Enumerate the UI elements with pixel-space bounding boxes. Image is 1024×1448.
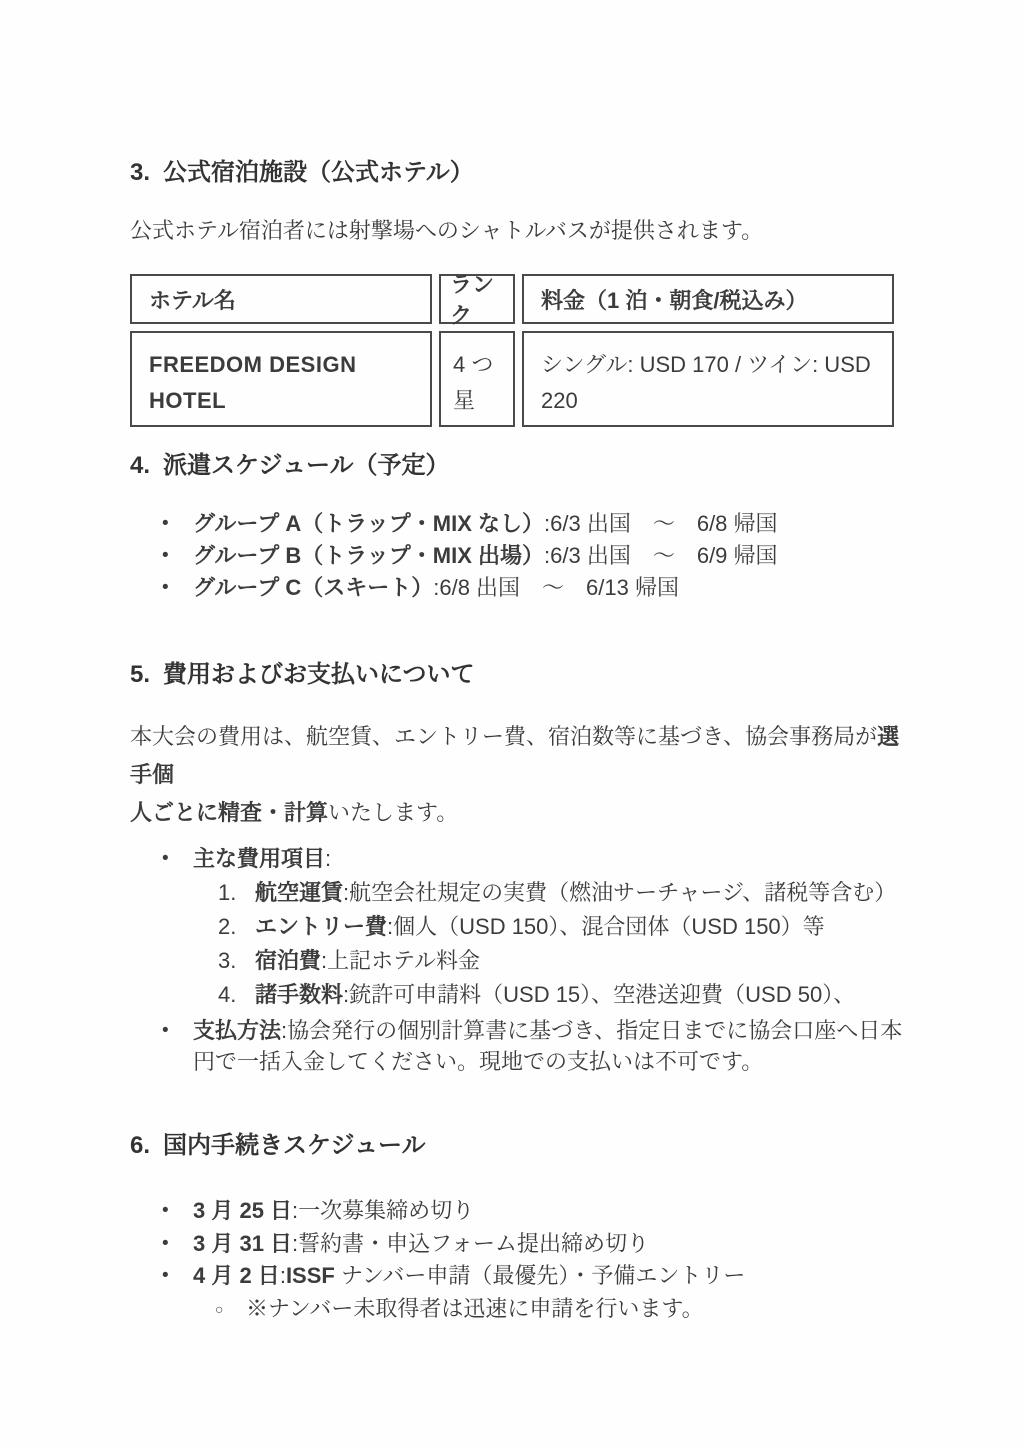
- payment-method-label: 支払方法: [193, 1018, 281, 1043]
- group-b-item: • グループ B（トラップ・MIX 出場）:6/3 出国 ～ 6/9 帰国: [130, 540, 904, 572]
- deadline-apr2-detail: ナンバー申請（最優先）・予備エントリー: [335, 1263, 745, 1288]
- header-price: 料金（1 泊・朝食/税込み）: [522, 274, 894, 324]
- costs-intro-paragraph: 本大会の費用は、航空賃、エントリー費、宿泊数等に基づき、協会事務局が選手個 人ご…: [130, 718, 904, 832]
- cost-item-fees-detail: :銃許可申請料（USD 15）、空港送迎費（USD 50）、: [343, 982, 855, 1007]
- costs-intro-line2-bold: 人ごとに精査・計算: [130, 800, 328, 825]
- group-a-text: グループ A（トラップ・MIX なし）:6/3 出国 ～ 6/8 帰国: [193, 508, 778, 540]
- cell-rank: 4 つ 星: [439, 331, 515, 427]
- deadline-mar25-item: • 3 月 25 日:一次募集締め切り: [130, 1195, 904, 1228]
- shuttle-bus-paragraph: 公式ホテル宿泊者には射撃場へのシャトルバスが提供されます。: [130, 216, 904, 246]
- costs-intro-line1: 本大会の費用は、航空賃、エントリー費、宿泊数等に基づき、協会事務局が: [130, 724, 877, 749]
- cost-item-entry-fee-label: エントリー費: [255, 914, 387, 939]
- scanned-document-page: 3. 公式宿泊施設（公式ホテル） 公式ホテル宿泊者には射撃場へのシャトルバスが提…: [0, 0, 1024, 1448]
- deadline-mar31-text: 3 月 31 日:誓約書・申込フォーム提出締め切り: [193, 1228, 649, 1261]
- deadline-apr2-issf: ISSF: [286, 1263, 335, 1288]
- section6-heading: 6. 国内手続きスケジュール: [130, 1131, 904, 1161]
- group-c-label: グループ C（スキート）: [193, 575, 433, 600]
- procedure-deadline-list: • 3 月 25 日:一次募集締め切り • 3 月 31 日:誓約書・申込フォー…: [130, 1195, 904, 1293]
- costs-intro-line2: いたします。: [328, 800, 458, 825]
- deadline-apr2-text: 4 月 2 日:ISSF ナンバー申請（最優先）・予備エントリー: [193, 1260, 745, 1293]
- main-cost-items-text: 主な費用項目:: [193, 842, 331, 876]
- deadline-mar31-date: 3 月 31 日: [193, 1231, 292, 1256]
- cell-price: シングル: USD 170 / ツイン: USD 220: [522, 331, 894, 427]
- cost-item-entry-fee-text: エントリー費:個人（USD 150）、混合団体（USD 150）等: [255, 910, 825, 944]
- group-b-label: グループ B（トラップ・MIX 出場）: [193, 543, 544, 568]
- section6-title: 国内手続きスケジュール: [163, 1131, 426, 1161]
- group-b-text: グループ B（トラップ・MIX 出場）:6/3 出国 ～ 6/9 帰国: [193, 540, 778, 572]
- section5-number: 5.: [130, 660, 163, 690]
- price-line1: シングル: USD 170 / ツイン: USD: [541, 347, 882, 383]
- main-cost-items-label: 主な費用項目: [193, 846, 325, 871]
- list-number: 3.: [218, 944, 255, 978]
- bullet-icon: •: [162, 508, 193, 540]
- section5-title: 費用およびお支払いについて: [163, 660, 475, 690]
- hotel-table: ホテル名 ランク 料金（1 泊・朝食/税込み） FREEDOM DESIGN H…: [130, 274, 904, 427]
- payment-method-line2: 円で一括入金してください。現地での支払いは不可です。: [130, 1046, 904, 1077]
- dispatch-group-list: • グループ A（トラップ・MIX なし）:6/3 出国 ～ 6/8 帰国 • …: [130, 508, 904, 604]
- deadline-mar25-text: 3 月 25 日:一次募集締め切り: [193, 1195, 474, 1228]
- main-cost-items-colon: :: [325, 846, 331, 871]
- hotel-table-data-row: FREEDOM DESIGN HOTEL 4 つ 星 シングル: USD 170…: [130, 331, 904, 427]
- section4-title: 派遣スケジュール（予定）: [163, 451, 450, 481]
- cost-item-fees-label: 諸手数料: [255, 982, 343, 1007]
- deadline-mar25-detail: :一次募集締め切り: [292, 1198, 474, 1223]
- bullet-icon: •: [162, 1195, 193, 1228]
- group-a-dates: :6/3 出国 ～ 6/8 帰国: [544, 511, 778, 536]
- header-hotel-name: ホテル名: [130, 274, 432, 324]
- payment-method-item: • 支払方法:協会発行の個別計算書に基づき、指定日までに協会口座へ日本: [130, 1015, 904, 1046]
- price-line2: 220: [541, 383, 882, 419]
- cost-item-lodging-detail: :上記ホテル料金: [321, 948, 480, 973]
- issf-number-note: ○ ※ナンバー未取得者は迅速に申請を行います。: [130, 1293, 904, 1325]
- cost-item-airfare-detail: :航空会社規定の実費（燃油サーチャージ、諸税等含む）: [343, 880, 896, 905]
- list-number: 4.: [218, 978, 255, 1012]
- issf-number-note-text: ※ナンバー未取得者は迅速に申請を行います。: [246, 1293, 704, 1325]
- section5-heading: 5. 費用およびお支払いについて: [130, 660, 904, 690]
- group-c-item: • グループ C（スキート）:6/8 出国 ～ 6/13 帰国: [130, 572, 904, 604]
- section3-title: 公式宿泊施設（公式ホテル）: [163, 158, 474, 188]
- cost-item-airfare-label: 航空運賃: [255, 880, 343, 905]
- bullet-icon: •: [162, 540, 193, 572]
- section3-heading: 3. 公式宿泊施設（公式ホテル）: [130, 158, 904, 188]
- group-c-dates: :6/8 出国 ～ 6/13 帰国: [433, 575, 679, 600]
- deadline-apr2-item: • 4 月 2 日:ISSF ナンバー申請（最優先）・予備エントリー: [130, 1260, 904, 1293]
- hotel-name-line2: HOTEL: [149, 383, 420, 419]
- section-official-accommodation: 3. 公式宿泊施設（公式ホテル） 公式ホテル宿泊者には射撃場へのシャトルバスが提…: [130, 158, 904, 427]
- deadline-apr2-date: 4 月 2 日: [193, 1263, 280, 1288]
- bullet-icon: •: [162, 1228, 193, 1261]
- group-a-label: グループ A（トラップ・MIX なし）: [193, 511, 544, 536]
- section3-number: 3.: [130, 158, 163, 188]
- group-b-dates: :6/3 出国 ～ 6/9 帰国: [544, 543, 778, 568]
- hotel-name-line1: FREEDOM DESIGN: [149, 347, 420, 383]
- section-domestic-procedure: 6. 国内手続きスケジュール • 3 月 25 日:一次募集締め切り • 3 月…: [130, 1131, 904, 1325]
- deadline-mar31-detail: :誓約書・申込フォーム提出締め切り: [292, 1231, 649, 1256]
- main-cost-items-header: • 主な費用項目:: [130, 842, 904, 876]
- rank-line2: 星: [453, 383, 503, 419]
- cost-item-fees-text: 諸手数料:銃許可申請料（USD 15）、空港送迎費（USD 50）、: [255, 978, 855, 1012]
- deadline-mar31-item: • 3 月 31 日:誓約書・申込フォーム提出締め切り: [130, 1228, 904, 1261]
- header-rank: ランク: [439, 274, 515, 324]
- section4-number: 4.: [130, 451, 163, 481]
- group-a-item: • グループ A（トラップ・MIX なし）:6/3 出国 ～ 6/8 帰国: [130, 508, 904, 540]
- circle-bullet-icon: ○: [215, 1293, 246, 1325]
- cost-item-lodging-text: 宿泊費:上記ホテル料金: [255, 944, 480, 978]
- section-costs-payment: 5. 費用およびお支払いについて 本大会の費用は、航空賃、エントリー費、宿泊数等…: [130, 660, 904, 1077]
- list-number: 1.: [218, 876, 255, 910]
- hotel-table-header-row: ホテル名 ランク 料金（1 泊・朝食/税込み）: [130, 274, 904, 324]
- section-dispatch-schedule: 4. 派遣スケジュール（予定） • グループ A（トラップ・MIX なし）:6/…: [130, 451, 904, 604]
- bullet-icon: •: [162, 1015, 193, 1046]
- cost-item-lodging: 3. 宿泊費:上記ホテル料金: [130, 944, 904, 978]
- cost-item-entry-fee-detail: :個人（USD 150）、混合団体（USD 150）等: [387, 914, 825, 939]
- bullet-icon: •: [162, 842, 193, 876]
- cost-item-airfare-text: 航空運賃:航空会社規定の実費（燃油サーチャージ、諸税等含む）: [255, 876, 896, 910]
- section6-number: 6.: [130, 1131, 163, 1161]
- cell-hotel-name: FREEDOM DESIGN HOTEL: [130, 331, 432, 427]
- bullet-icon: •: [162, 1260, 193, 1293]
- deadline-mar25-date: 3 月 25 日: [193, 1198, 292, 1223]
- cost-item-lodging-label: 宿泊費: [255, 948, 321, 973]
- group-c-text: グループ C（スキート）:6/8 出国 ～ 6/13 帰国: [193, 572, 679, 604]
- rank-line1: 4 つ: [453, 347, 503, 383]
- payment-method-line1: 支払方法:協会発行の個別計算書に基づき、指定日までに協会口座へ日本: [193, 1015, 902, 1046]
- cost-item-airfare: 1. 航空運賃:航空会社規定の実費（燃油サーチャージ、諸税等含む）: [130, 876, 904, 910]
- bullet-icon: •: [162, 572, 193, 604]
- cost-item-fees: 4. 諸手数料:銃許可申請料（USD 15）、空港送迎費（USD 50）、: [130, 978, 904, 1012]
- list-number: 2.: [218, 910, 255, 944]
- document-content: 3. 公式宿泊施設（公式ホテル） 公式ホテル宿泊者には射撃場へのシャトルバスが提…: [0, 0, 1024, 1325]
- section4-heading: 4. 派遣スケジュール（予定）: [130, 451, 904, 481]
- cost-item-entry-fee: 2. エントリー費:個人（USD 150）、混合団体（USD 150）等: [130, 910, 904, 944]
- payment-method-detail: :協会発行の個別計算書に基づき、指定日までに協会口座へ日本: [281, 1018, 902, 1043]
